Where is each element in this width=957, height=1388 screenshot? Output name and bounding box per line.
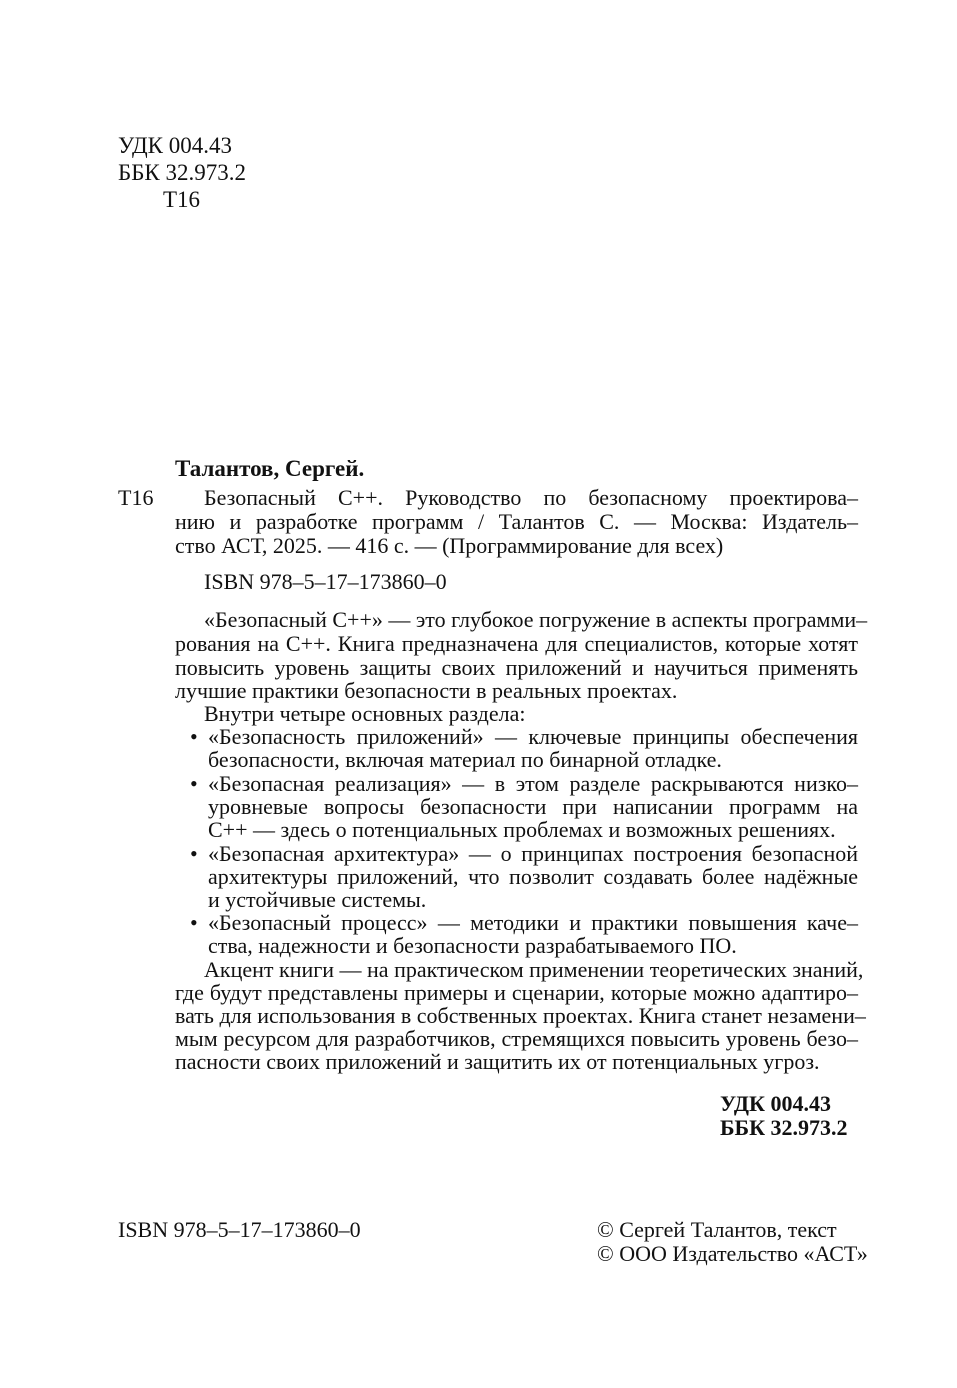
closing-line: где будут представлены примеры и сценари… <box>175 981 858 1004</box>
annotation-line: повысить уровень защиты своих приложений… <box>175 656 858 679</box>
bbk-code-top: ББК 32.973.2 <box>118 159 246 186</box>
bullet-line: архитектуры приложений, что позволит соз… <box>208 865 858 888</box>
isbn-card: ISBN 978–5–17–173860–0 <box>204 570 447 593</box>
bullet-line: «Безопасность приложений» — ключевые при… <box>208 725 858 748</box>
copyright-author: © Сергей Талантов, текст <box>597 1218 837 1241</box>
bullet-icon: • <box>190 725 198 748</box>
author-mark-top: Т16 <box>163 186 200 213</box>
closing-line: вать для использования в собственных про… <box>175 1004 858 1027</box>
bullet-line: уровневые вопросы безопасности при напис… <box>208 795 858 818</box>
bullet-line: «Безопасный процесс» — методики и практи… <box>208 911 858 934</box>
description-line: нию и разработке программ / Талантов С. … <box>175 510 858 533</box>
copyright-publisher: © ООО Издательство «АСТ» <box>597 1242 868 1265</box>
closing-line: пасности своих приложений и защитить их … <box>175 1050 858 1073</box>
closing-line: Акцент книги — на практическом применени… <box>204 958 858 981</box>
bbk-code-bottom: ББК 32.973.2 <box>720 1114 848 1141</box>
bullet-line: и устойчивые системы. <box>208 888 858 911</box>
isbn-footer: ISBN 978–5–17–173860–0 <box>118 1218 361 1241</box>
bullet-line: «Безопасная архитектура» — о принципах п… <box>208 842 858 865</box>
sections-intro: Внутри четыре основных раздела: <box>204 702 526 725</box>
bullet-icon: • <box>190 911 198 934</box>
udk-code-top: УДК 004.43 <box>118 132 232 159</box>
description-line: ство АСТ, 2025. — 416 с. — (Программиров… <box>175 534 858 557</box>
author-heading: Талантов, Сергей. <box>175 457 364 480</box>
bullet-line: С++ — здесь о потенциальных проблемах и … <box>208 818 858 841</box>
annotation-line: «Безопасный С++» — это глубокое погружен… <box>204 608 858 631</box>
annotation-line: рования на С++. Книга предназначена для … <box>175 632 858 655</box>
bullet-line: безопасности, включая материал по бинарн… <box>208 748 858 771</box>
bullet-icon: • <box>190 842 198 865</box>
author-mark: Т16 <box>118 486 153 509</box>
bullet-line: «Безопасная реализация» — в этом разделе… <box>208 772 858 795</box>
udk-code-bottom: УДК 004.43 <box>720 1090 831 1117</box>
bullet-icon: • <box>190 772 198 795</box>
bullet-line: ства, надежности и безопасности разрабат… <box>208 934 858 957</box>
closing-line: мым ресурсом для разработчиков, стремящи… <box>175 1027 858 1050</box>
description-line: Безопасный С++. Руководство по безопасно… <box>204 486 858 509</box>
annotation-line: лучшие практики безопасности в реальных … <box>175 679 858 702</box>
